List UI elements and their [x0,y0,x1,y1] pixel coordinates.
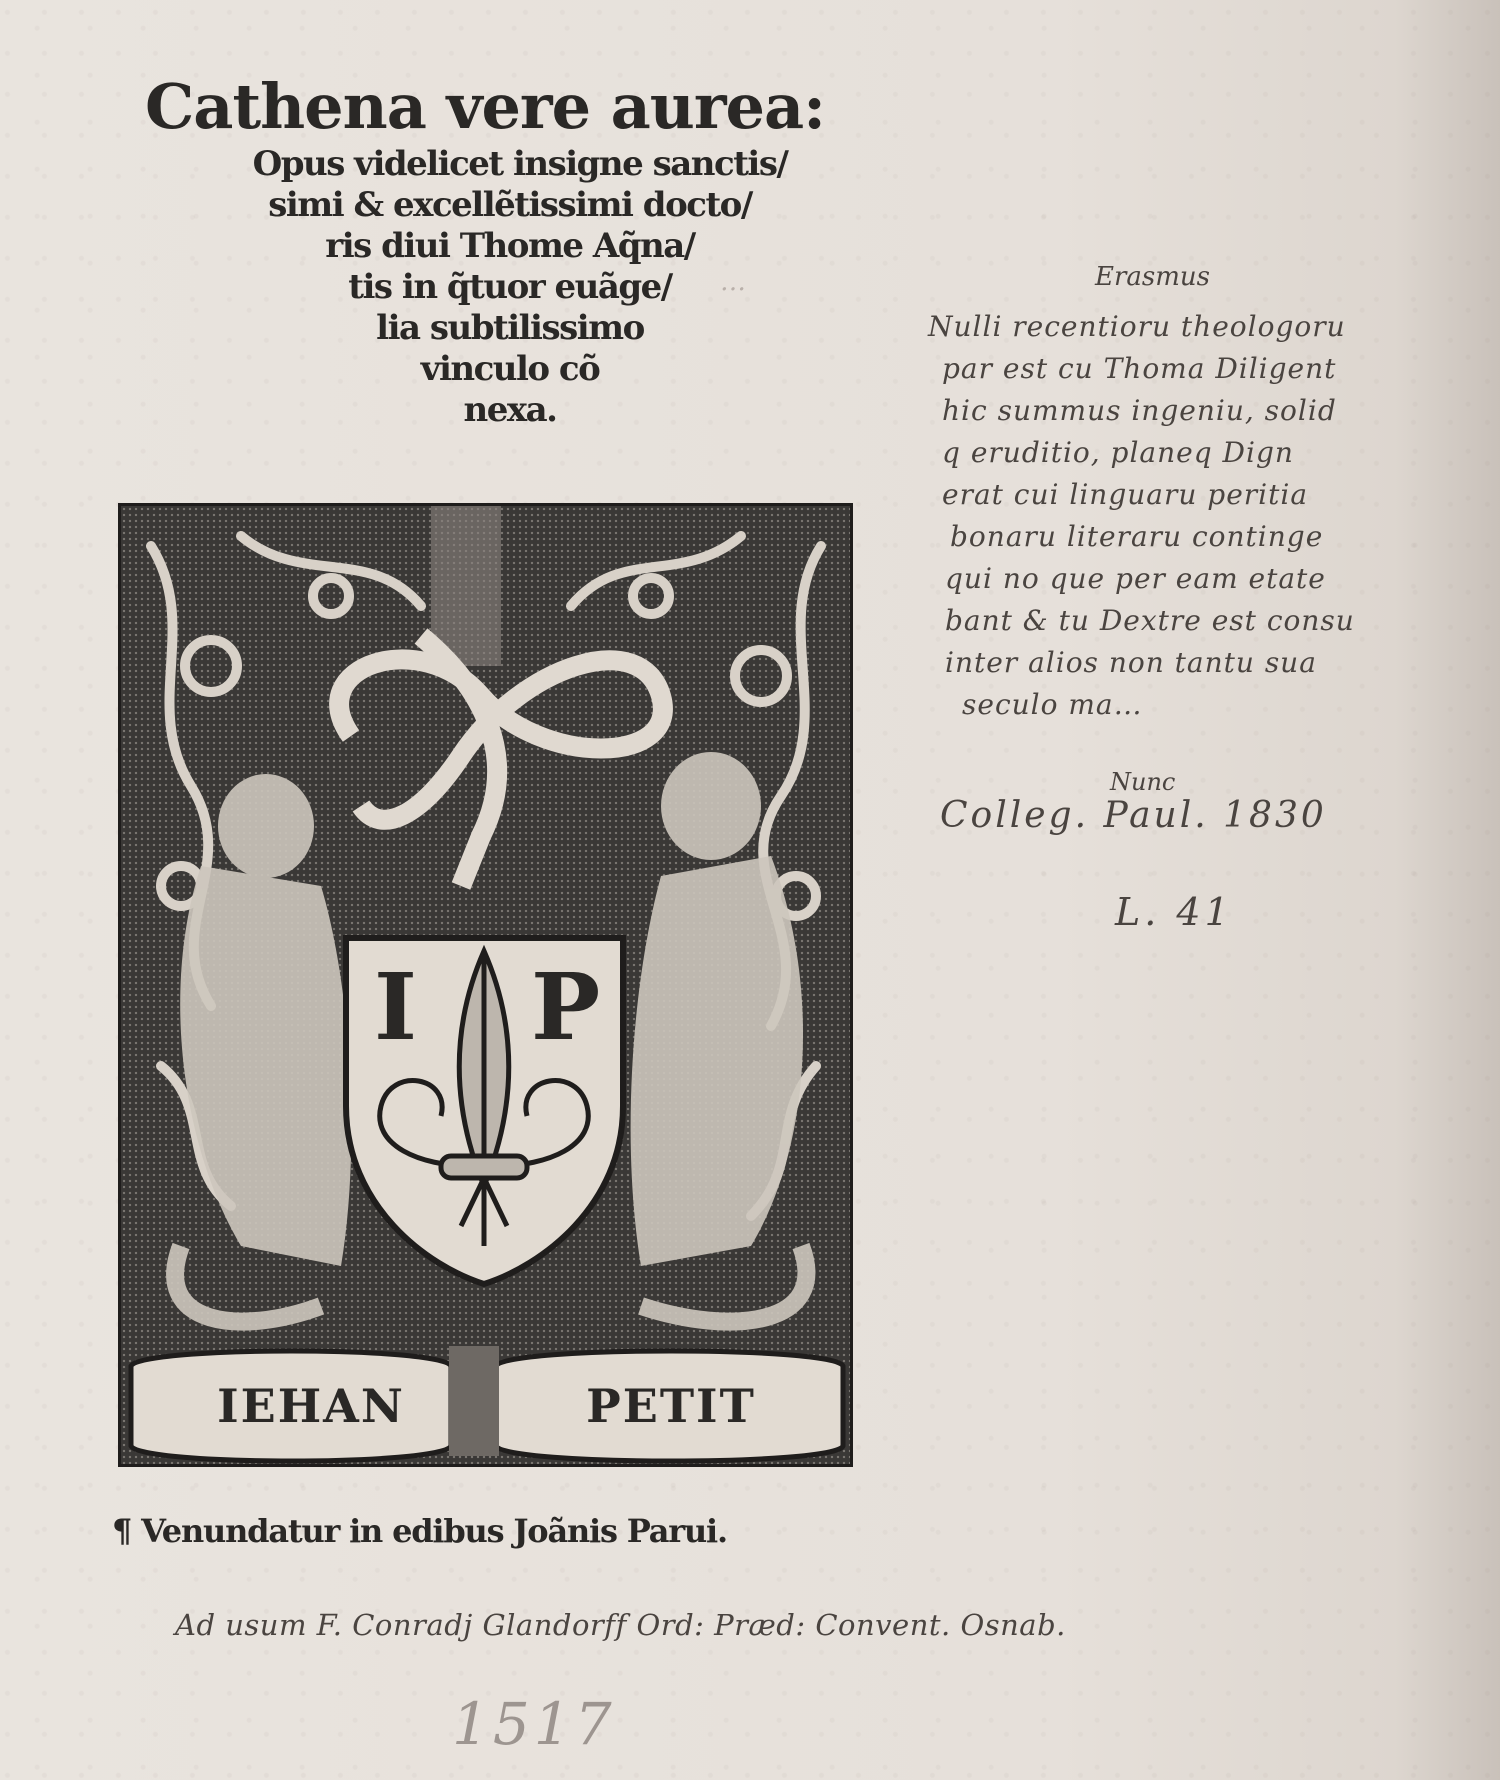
pencil-date: 1517 [452,1690,616,1758]
title-main: Cathena vere aurea: [140,70,830,144]
marginalia-line: par est cu Thoma Diligent [942,352,1336,385]
shield-letter-i: I [374,961,417,1053]
marginalia-line: erat cui linguaru peritia [942,478,1308,511]
marginalia-line: q eruditio, planeq Dign [942,436,1294,469]
title-line: nexa. [190,390,830,431]
marginalia-line: bonaru literaru continge [950,520,1323,553]
woodcut-art [121,506,853,1467]
marginalia-line: Nulli recentioru theologoru [928,310,1346,343]
printers-device-woodcut: I P IEHAN PETIT [118,503,853,1467]
title-line: Opus videlicet insigne sanctis/ [210,144,830,185]
shield-letter-p: P [531,961,600,1053]
shelfmark: L. 41 [1115,890,1233,934]
lion-left-icon [175,774,351,1322]
marginalia-nunc: Nunc [1110,768,1175,796]
title-block: Cathena vere aurea: Opus videlicet insig… [150,70,830,431]
title-line: lia subtilissimo [190,308,830,349]
ownership-inscription: Ad usum F. Conradj Glandorff Ord: Præd: … [175,1608,1066,1642]
marginalia-attribution: Erasmus [1095,262,1210,292]
marginalia-line: inter alios non tantu sua [945,646,1317,679]
knot-icon [339,636,663,886]
title-line: ris diui Thome Aq̃na/ [190,226,830,267]
title-line: simi & excellẽtissimi docto/ [190,185,830,226]
banner-text-right: PETIT [511,1376,831,1436]
marginalia-line: seculo ma… [962,688,1143,721]
marginalia-line: bant & tu Dextre est consu [945,604,1355,637]
lion-right-icon [631,752,807,1322]
marginalia-line: hic summus ingeniu, solid [942,394,1337,427]
title-line: vinculo cõ [190,349,830,390]
faint-marginal-note: … [720,265,746,299]
banner-text-left: IEHAN [161,1376,461,1436]
imprint-line: ¶ Venundatur in edibus Joãnis Parui. [112,1512,727,1550]
marginalia-college: Colleg. Paul. 1830 [940,795,1327,836]
marginalia-line: qui no que per eam etate [945,562,1326,595]
